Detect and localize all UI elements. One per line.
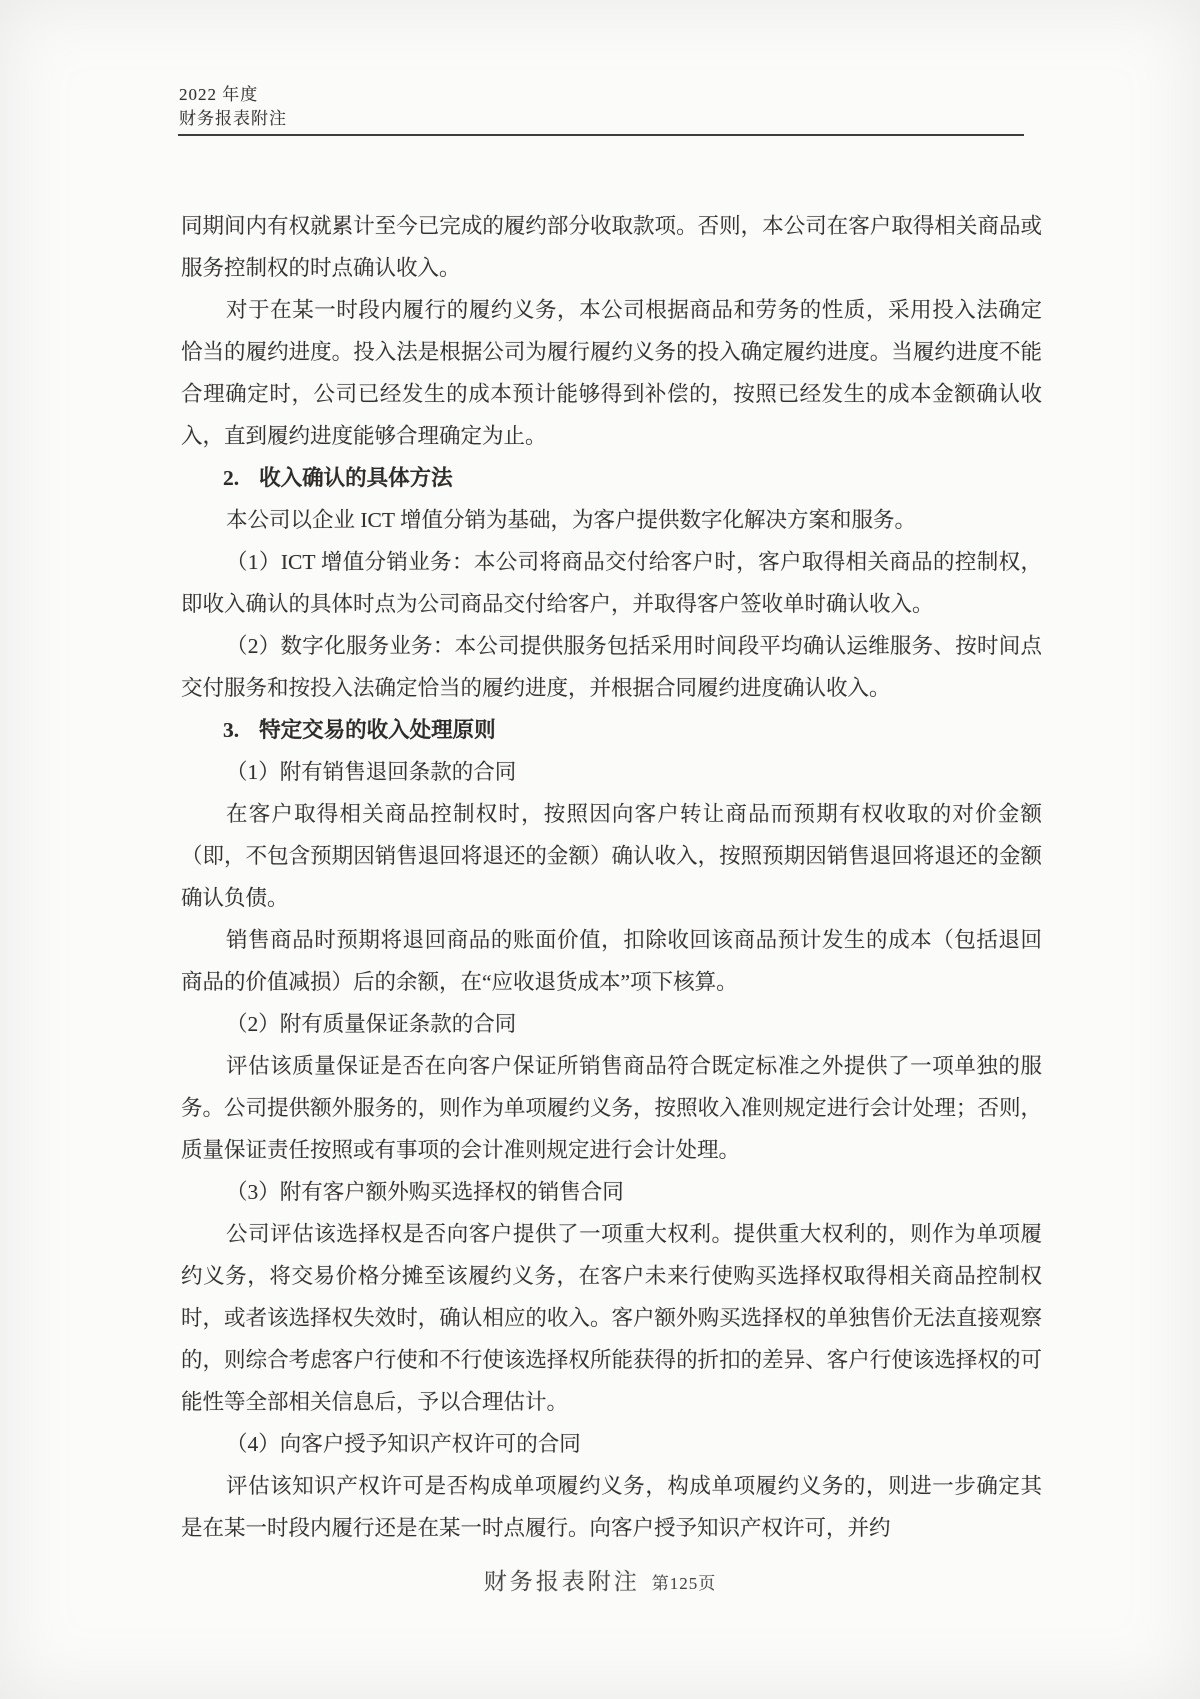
header-doc-title: 财务报表附注 xyxy=(179,107,287,131)
page-header: 2022 年度 财务报表附注 xyxy=(179,83,287,131)
footer-doc-title: 财务报表附注 xyxy=(484,1569,640,1594)
footer-page-number: 第125页 xyxy=(652,1574,717,1593)
sub-item-1-title: （1）附有销售退回条款的合同 xyxy=(181,751,1042,793)
sub-paragraph-sales-return-1: 在客户取得相关商品控制权时，按照因向客户转让商品而预期有权收取的对价金额（即，不… xyxy=(181,793,1042,919)
section-2-title: 收入确认的具体方法 xyxy=(259,466,453,490)
paragraph-performance-obligation: 对于在某一时段内履行的履约义务，本公司根据商品和劳务的性质，采用投入法确定恰当的… xyxy=(181,289,1042,457)
paragraph-ict-basis: 本公司以企业 ICT 增值分销为基础，为客户提供数字化解决方案和服务。 xyxy=(181,499,1042,541)
section-2-number: 2. xyxy=(223,457,239,499)
sub-item-3-title: （3）附有客户额外购买选择权的销售合同 xyxy=(181,1171,1042,1213)
sub-paragraph-purchase-option: 公司评估该选择权是否向客户提供了一项重大权利。提供重大权利的，则作为单项履约义务… xyxy=(181,1213,1042,1423)
paragraph-continuation: 同期间内有权就累计至今已完成的履约部分收取款项。否则，本公司在客户取得相关商品或… xyxy=(181,205,1042,289)
document-page: 2022 年度 财务报表附注 同期间内有权就累计至今已完成的履约部分收取款项。否… xyxy=(0,0,1200,1699)
sub-paragraph-sales-return-2: 销售商品时预期将退回商品的账面价值，扣除收回该商品预计发生的成本（包括退回商品的… xyxy=(181,919,1042,1003)
header-divider xyxy=(178,134,1024,136)
section-2-heading: 2.收入确认的具体方法 xyxy=(181,457,1042,499)
sub-paragraph-quality-assurance: 评估该质量保证是否在向客户保证所销售商品符合既定标准之外提供了一项单独的服务。公… xyxy=(181,1045,1042,1171)
sub-paragraph-ip-license: 评估该知识产权许可是否构成单项履约义务，构成单项履约义务的，则进一步确定其是在某… xyxy=(181,1465,1042,1549)
sub-item-4-title: （4）向客户授予知识产权许可的合同 xyxy=(181,1423,1042,1465)
page-footer: 财务报表附注第125页 xyxy=(0,1563,1200,1596)
section-3-number: 3. xyxy=(223,709,239,751)
document-body: 同期间内有权就累计至今已完成的履约部分收取款项。否则，本公司在客户取得相关商品或… xyxy=(181,205,1042,1549)
paragraph-digital-services: （2）数字化服务业务：本公司提供服务包括采用时间段平均确认运维服务、按时间点交付… xyxy=(181,625,1042,709)
section-3-title: 特定交易的收入处理原则 xyxy=(259,718,496,742)
sub-item-2-title: （2）附有质量保证条款的合同 xyxy=(181,1003,1042,1045)
section-3-heading: 3.特定交易的收入处理原则 xyxy=(181,709,1042,751)
header-year: 2022 年度 xyxy=(179,83,287,107)
paragraph-ict-distribution: （1）ICT 增值分销业务：本公司将商品交付给客户时，客户取得相关商品的控制权，… xyxy=(181,541,1042,625)
